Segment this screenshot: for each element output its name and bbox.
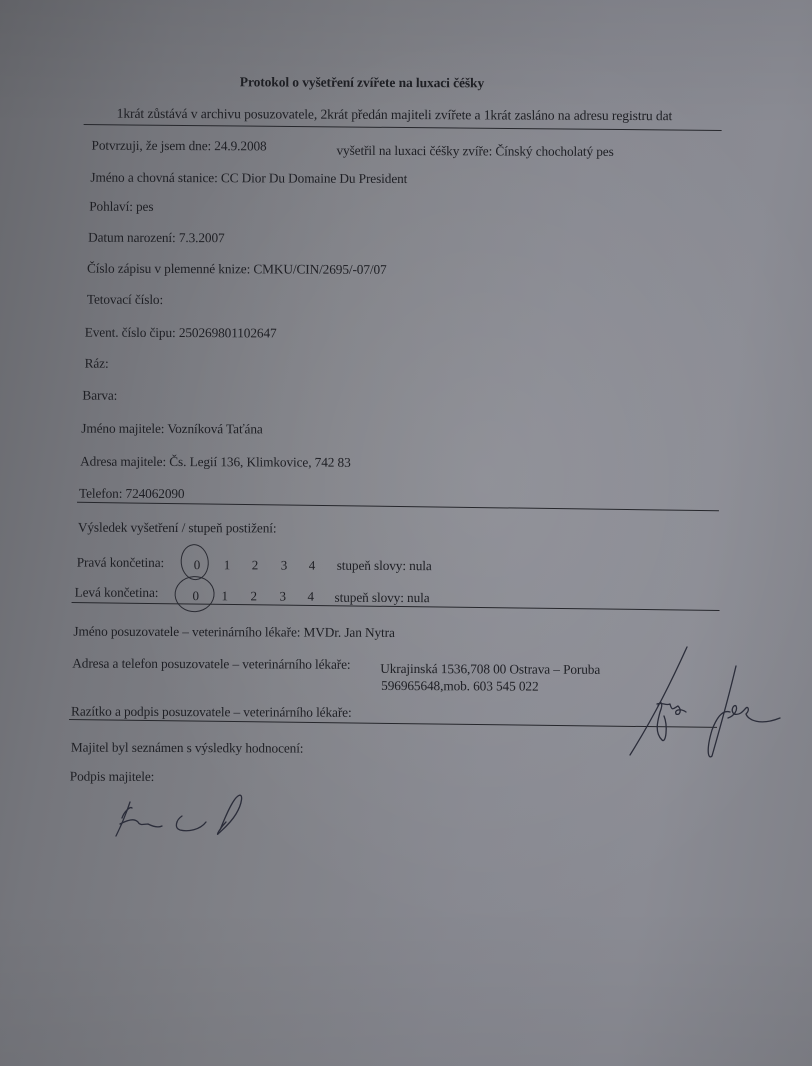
vet-address-line1: Ukrajinská 1536,708 00 Ostrava – Poruba — [380, 661, 600, 678]
confirmation-date: Potvrzuji, že jsem dne: 24.9.2008 — [92, 138, 267, 155]
vet-stamp-label: Razítko a podpis posuzovatele – veteriná… — [71, 704, 352, 721]
left-leg-words: stupeň slovy: nula — [335, 590, 430, 606]
owner-informed: Majitel byl seznámen s výsledky hodnocen… — [71, 740, 304, 757]
left-leg-label: Levá končetina: — [75, 585, 159, 601]
vet-address-line2: 596965648,mob. 603 545 022 — [381, 678, 538, 695]
field-stud-book: Číslo zápisu v plemenné knize: CMKU/CIN/… — [87, 261, 387, 278]
examined-animal: vyšetřil na luxaci čéšky zvíře: Čínský c… — [336, 143, 613, 160]
field-tattoo: Tetovací číslo: — [87, 292, 163, 308]
document-title: Protokol o vyšetření zvířete na luxaci č… — [240, 74, 484, 91]
right-leg-grade-2: 2 — [252, 557, 259, 573]
result-heading: Výsledek vyšetření / stupeň postižení: — [78, 520, 277, 537]
vet-name: Jméno posuzovatele – veterinárního lékař… — [73, 624, 394, 641]
right-leg-grade-4: 4 — [309, 558, 316, 574]
right-leg-grade-1: 1 — [224, 557, 231, 573]
right-leg-words: stupeň slovy: nula — [337, 558, 432, 574]
left-leg-grade-3: 3 — [280, 588, 287, 604]
left-leg-grade-2: 2 — [251, 588, 258, 604]
vet-signature — [600, 640, 780, 760]
owner-section-rule — [77, 502, 719, 512]
left-leg-selected-circle — [173, 575, 215, 614]
left-leg-grade-4: 4 — [308, 589, 315, 605]
header-rule — [84, 124, 722, 131]
vet-address-label: Adresa a telefon posuzovatele – veteriná… — [72, 656, 350, 673]
owner-signature — [110, 790, 270, 850]
field-name-kennel: Jméno a chovná stanice: CC Dior Du Domai… — [90, 170, 407, 187]
field-type: Ráz: — [85, 356, 109, 372]
field-owner-name: Jméno majitele: Vozníková Taťána — [81, 421, 262, 438]
field-phone: Telefon: 724062090 — [79, 486, 185, 502]
right-leg-label: Pravá končetina: — [77, 555, 164, 571]
left-leg-grade-1: 1 — [222, 588, 229, 604]
field-birth-date: Datum narození: 7.3.2007 — [88, 230, 225, 247]
field-owner-address: Adresa majitele: Čs. Legií 136, Klimkovi… — [80, 454, 351, 471]
distribution-note: 1krát zůstává v archivu posuzovatele, 2k… — [117, 106, 673, 124]
document-page: Protokol o vyšetření zvířete na luxaci č… — [0, 0, 812, 1066]
owner-signature-label: Podpis majitele: — [70, 769, 155, 785]
right-leg-grade-3: 3 — [281, 557, 288, 573]
field-color: Barva: — [82, 388, 117, 404]
field-chip: Event. číslo čipu: 250269801102647 — [85, 325, 277, 342]
field-sex: Pohlaví: pes — [89, 199, 153, 215]
